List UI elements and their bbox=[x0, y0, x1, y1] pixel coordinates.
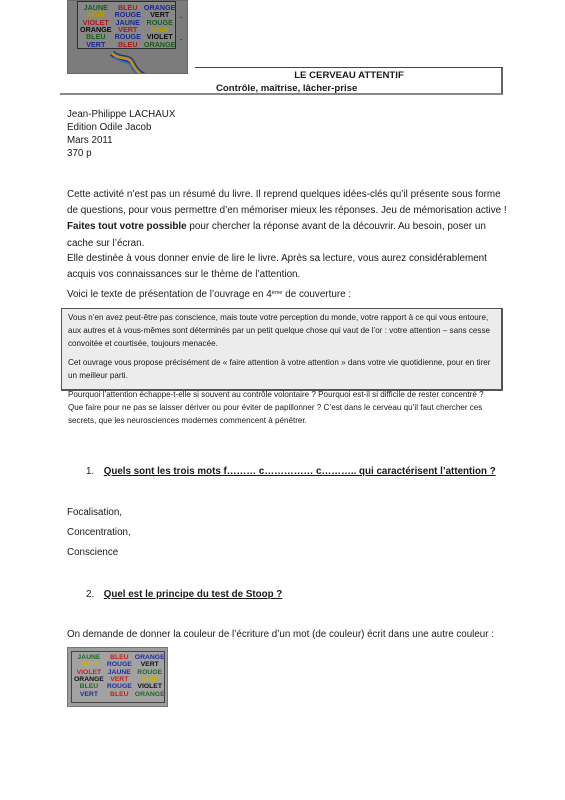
intro-paragraph-3: Voici le texte de présentation de l’ouvr… bbox=[67, 287, 507, 303]
publisher: Edition Odile Jacob bbox=[67, 121, 151, 134]
question-2: 2. Quel est le principe du test de Stoop… bbox=[86, 589, 282, 600]
answer-text: On demande de donner la couleur de l’écr… bbox=[67, 629, 494, 640]
question-number: 1. bbox=[86, 466, 101, 477]
document-title: LE CERVEAU ATTENTIF bbox=[195, 70, 503, 81]
stroop-test-image-top: JAUNEBLEUORANGENOIRROUGEVERTVIOLETJAUNER… bbox=[67, 0, 188, 74]
answer-item: Focalisation, bbox=[67, 507, 122, 518]
stroop-word: BLEU bbox=[107, 692, 132, 699]
stroop-word: BLEU bbox=[115, 41, 141, 48]
mark bbox=[180, 17, 182, 18]
question-1: 1. Quels sont les trois mots f……… c……………… bbox=[86, 466, 496, 477]
publication-date: Mars 2011 bbox=[67, 134, 113, 147]
ordinal-superscript: ème bbox=[272, 290, 283, 296]
intro-text: Cette activité n’est pas un résumé du li… bbox=[67, 189, 507, 216]
answer-item: Conscience bbox=[67, 547, 118, 558]
stroop-test-image: JAUNEBLEUORANGENOIRROUGEVERTVIOLETJAUNER… bbox=[67, 647, 168, 707]
page-count: 370 p bbox=[67, 147, 92, 160]
intro-p3-text: Voici le texte de présentation de l’ouvr… bbox=[67, 289, 272, 300]
intro-paragraph-2: Elle destinée à vous donner envie de lir… bbox=[67, 251, 507, 283]
intro-paragraph-1: Cette activité n’est pas un résumé du li… bbox=[67, 187, 507, 252]
author: Jean-Philippe LACHAUX bbox=[67, 108, 175, 121]
stroop-word-grid: JAUNEBLEUORANGENOIRROUGEVERTVIOLETJAUNER… bbox=[77, 1, 176, 49]
question-text: Quels sont les trois mots f……… c…………… c…… bbox=[104, 466, 496, 477]
stroop-word: VERT bbox=[74, 692, 104, 699]
stroop-word: VERT bbox=[80, 41, 112, 48]
stroop-word-grid: JAUNEBLEUORANGENOIRROUGEVERTVIOLETJAUNER… bbox=[71, 651, 165, 703]
quote-paragraph: Vous n’en avez peut-être pas conscience,… bbox=[68, 311, 495, 350]
back-cover-quote-box: Vous n’en avez peut-être pas conscience,… bbox=[61, 308, 503, 391]
mark bbox=[180, 39, 182, 40]
answer-item: Concentration, bbox=[67, 527, 131, 538]
question-number: 2. bbox=[86, 589, 101, 600]
document-subtitle: Contrôle, maîtrise, lâcher-prise bbox=[216, 83, 357, 94]
quote-paragraph: Cet ouvrage vous propose précisément de … bbox=[68, 356, 495, 382]
intro-p3-text-after: de couverture : bbox=[282, 289, 351, 300]
question-text: Quel est le principe du test de Stoop ? bbox=[104, 589, 283, 600]
quote-paragraph: Pourquoi l’attention échappe-t-elle si s… bbox=[68, 388, 495, 427]
stroop-word: ORANGE bbox=[144, 41, 176, 48]
stroop-word: ORANGE bbox=[135, 692, 165, 699]
intro-bold-emphasis: Faites tout votre possible bbox=[67, 221, 187, 232]
